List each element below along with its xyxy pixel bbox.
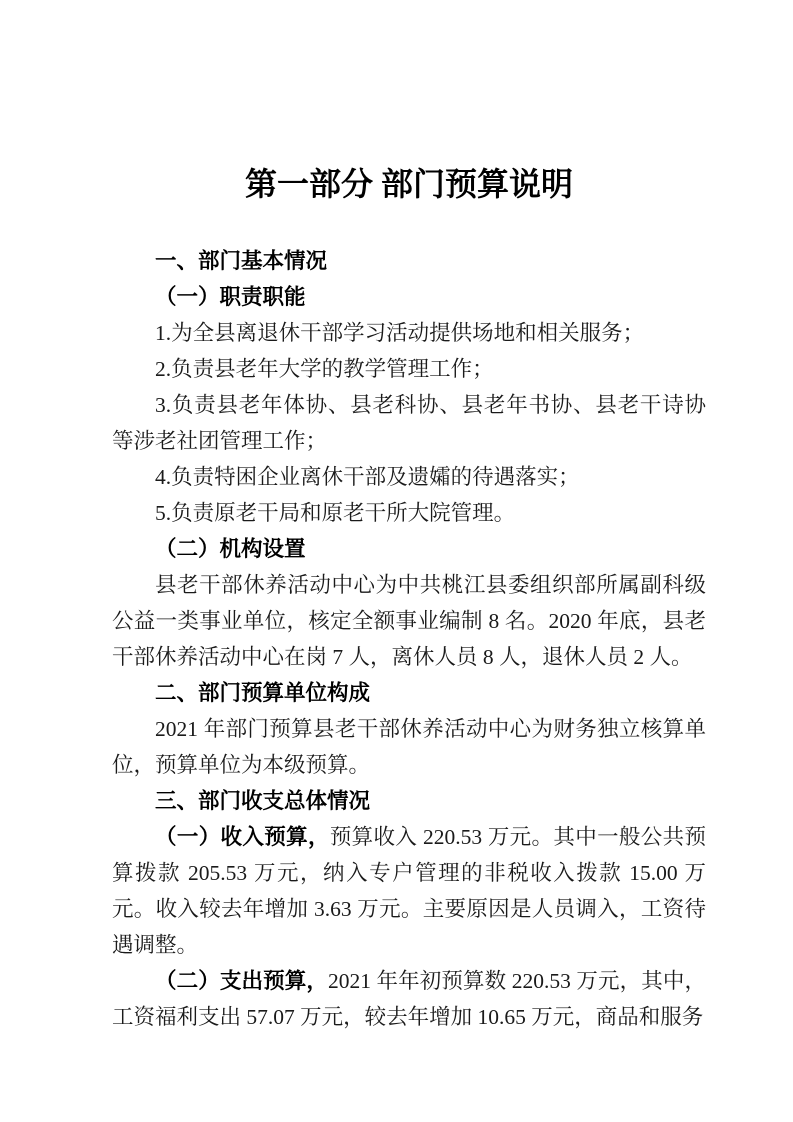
duty-item-1: 1.为全县离退休干部学习活动提供场地和相关服务； <box>112 315 706 351</box>
organization-paragraph: 县老干部休养活动中心为中共桃江县委组织部所属副科级公益一类事业单位，核定全额事业… <box>112 567 706 675</box>
section-heading-budget-unit-composition: 二、部门预算单位构成 <box>112 675 706 711</box>
duty-item-2: 2.负责县老年大学的教学管理工作； <box>112 351 706 387</box>
document-content: 第一部分 部门预算说明 一、部门基本情况 （一）职责职能 1.为全县离退休干部学… <box>112 0 706 1035</box>
income-budget-paragraph: （一）收入预算，预算收入 220.53 万元。其中一般公共预算拨款 205.53… <box>112 819 706 963</box>
subsection-heading-duties: （一）职责职能 <box>112 279 706 315</box>
duty-item-3: 3.负责县老年体协、县老科协、县老年书协、县老干诗协等涉老社团管理工作； <box>112 387 706 459</box>
duty-item-4: 4.负责特困企业离休干部及遗孀的待遇落实； <box>112 459 706 495</box>
income-budget-lead: （一）收入预算， <box>155 825 330 849</box>
duty-item-5: 5.负责原老干局和原老干所大院管理。 <box>112 495 706 531</box>
expense-budget-lead: （二）支出预算， <box>155 969 328 993</box>
section-heading-basic-situation: 一、部门基本情况 <box>112 243 706 279</box>
expense-budget-paragraph: （二）支出预算，2021 年年初预算数 220.53 万元，其中，工资福利支出 … <box>112 963 706 1035</box>
subsection-heading-organization: （二）机构设置 <box>112 531 706 567</box>
document-title: 第一部分 部门预算说明 <box>112 162 706 206</box>
budget-unit-paragraph: 2021 年部门预算县老干部休养活动中心为财务独立核算单位，预算单位为本级预算。 <box>112 711 706 783</box>
document-page: 第一部分 部门预算说明 一、部门基本情况 （一）职责职能 1.为全县离退休干部学… <box>0 0 793 1122</box>
section-heading-revenue-expenditure-overview: 三、部门收支总体情况 <box>112 783 706 819</box>
